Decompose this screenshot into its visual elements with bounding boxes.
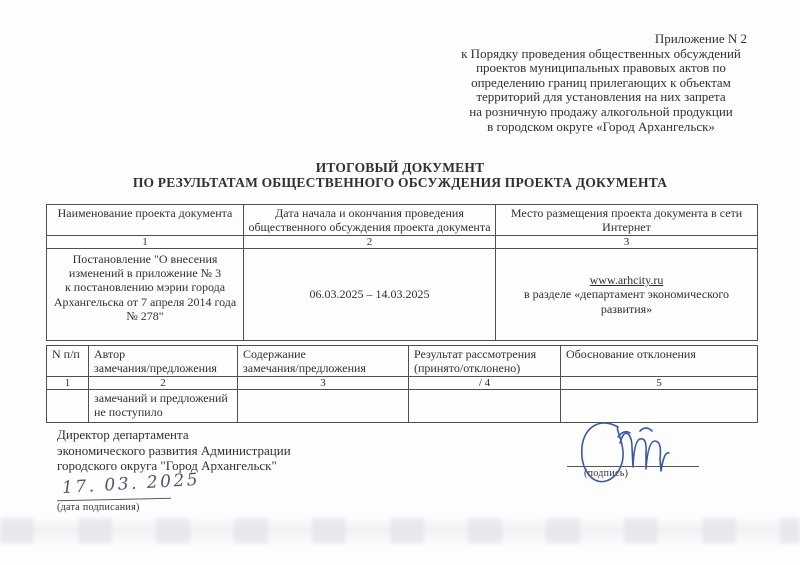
page-title: ИТОГОВЫЙ ДОКУМЕНТ ПО РЕЗУЛЬТАТАМ ОБЩЕСТВ… <box>0 161 800 190</box>
table1-cell-dates: 06.03.2025 – 14.03.2025 <box>244 249 496 341</box>
table2-colnum-5: 5 <box>561 377 758 390</box>
public-discussion-summary-table: Наименование проекта документа Дата нача… <box>46 204 758 341</box>
table1-header-row: Наименование проекта документа Дата нача… <box>47 205 758 236</box>
scan-artifact-band <box>0 518 800 544</box>
table2-colnum-1: 1 <box>47 377 89 390</box>
appendix-line: на розничную продажу алкогольной продукц… <box>445 105 757 120</box>
table1-header-placement: Место размещения проекта документа в сет… <box>496 205 758 236</box>
signature-area: (подпись) <box>558 415 768 510</box>
arhcity-link[interactable]: www.arhcity.ru <box>590 273 664 287</box>
page-title-line1: ИТОГОВЫЙ ДОКУМЕНТ <box>0 161 800 176</box>
table2-colnum-4: / 4 <box>409 377 561 390</box>
date-underline <box>57 498 171 501</box>
appendix-line: в городском округе «Город Архангельск» <box>445 120 757 135</box>
link-location-text: в разделе «департамент экономического ра… <box>500 287 753 315</box>
appendix-line: проектов муниципальных правовых актов по <box>445 61 757 76</box>
table2-header-num: N п/п <box>47 346 89 377</box>
table2-empty-cell <box>238 390 409 423</box>
signer-position-line: экономического развития Администрации <box>57 443 291 459</box>
date-caption: (дата подписания) <box>57 502 140 513</box>
table2-number-row: 1 2 3 / 4 5 <box>47 377 758 390</box>
table2-empty-cell <box>47 390 89 423</box>
table2-header-row: N п/п Автор замечания/предложения Содерж… <box>47 346 758 377</box>
table2-header-result: Результат рассмотрения (принято/отклонен… <box>409 346 561 377</box>
handwritten-date: 17. 03. 2025 <box>62 470 201 498</box>
scanned-document-page: Приложение N 2 к Порядку проведения обще… <box>0 0 800 565</box>
table2-cell-no-comments: замечаний и предложений не поступило <box>89 390 238 423</box>
table1-number-row: 1 2 3 <box>47 236 758 249</box>
table2-header-content: Содержание замечания/предложения <box>238 346 409 377</box>
table1-header-project-name: Наименование проекта документа <box>47 205 244 236</box>
table1-data-row: Постановление "О внесения изменений в пр… <box>47 249 758 341</box>
appendix-header: Приложение N 2 к Порядку проведения обще… <box>445 32 757 134</box>
table1-colnum-3: 3 <box>496 236 758 249</box>
page-title-line2: ПО РЕЗУЛЬТАТАМ ОБЩЕСТВЕННОГО ОБСУЖДЕНИЯ … <box>0 176 800 191</box>
table2-header-author: Автор замечания/предложения <box>89 346 238 377</box>
appendix-line: определению границ прилегающих к объекта… <box>445 76 757 91</box>
appendix-line: территорий для установления на них запре… <box>445 90 757 105</box>
table2-empty-cell <box>409 390 561 423</box>
signer-position-line: Директор департамента <box>57 427 291 443</box>
table2-header-justification: Обоснование отклонения <box>561 346 758 377</box>
table1-colnum-2: 2 <box>244 236 496 249</box>
comments-table: N п/п Автор замечания/предложения Содерж… <box>46 345 758 423</box>
appendix-number: Приложение N 2 <box>445 32 757 47</box>
table2-colnum-3: 3 <box>238 377 409 390</box>
signer-position-block: Директор департамента экономического раз… <box>57 427 291 474</box>
table2-colnum-2: 2 <box>89 377 238 390</box>
handwritten-signature-icon <box>558 415 768 510</box>
table1-cell-placement: www.arhcity.ru в разделе «департамент эк… <box>496 249 758 341</box>
table1-colnum-1: 1 <box>47 236 244 249</box>
appendix-line: к Порядку проведения общественных обсужд… <box>445 47 757 62</box>
table1-header-dates: Дата начала и окончания проведения общес… <box>244 205 496 236</box>
table1-cell-project-name: Постановление "О внесения изменений в пр… <box>47 249 244 341</box>
